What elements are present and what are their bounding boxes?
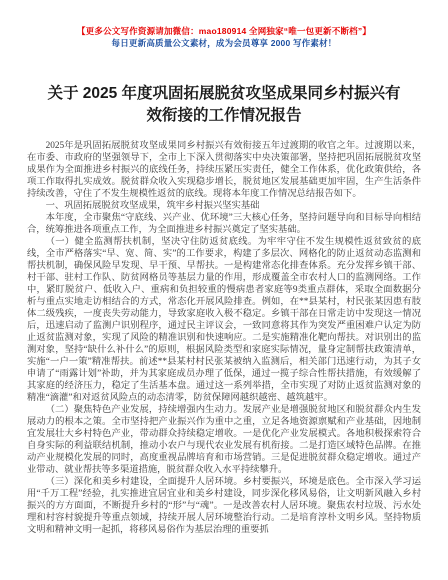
- promo-watermark-line2: 每日更新高质量公文素材，成为会员尊享 2000 写作素材！: [0, 37, 448, 49]
- intro-paragraph: 2025年是巩固拓展脱贫攻坚成果同乡村振兴有效衔接五年过渡期的收官之年。过渡期以…: [27, 140, 421, 200]
- section-1-intro-paragraph: 本年度，全市聚焦“守底线、兴产业、优环境”三大核心任务，坚持问题导向和目标导向相…: [27, 212, 421, 236]
- subsection-1-paragraph: （一）健全监测帮扶机制，坚决守住防返贫底线。为牢牢守住不发生规模性返贫致贫的底线…: [27, 236, 421, 404]
- subsection-2-paragraph: （二）聚焦特色产业发展，持续增强内生动力。发展产业是增强脱贫地区和脱贫群众内生发…: [27, 404, 421, 476]
- subsection-3-paragraph: （三）深化和美乡村建设，全面提升人居环境。乡村要振兴，环境是底色。全市深入学习运…: [27, 476, 421, 536]
- promo-watermark-line1: 【更多公文写作资源请加微信：mao180914 全网独家“唯一包更新不断档”】: [0, 25, 448, 37]
- document-page: 【更多公文写作资源请加微信：mao180914 全网独家“唯一包更新不断档”】 …: [0, 0, 448, 580]
- section-1-heading: 一、巩固拓展脱贫攻坚成果，筑牢乡村振兴坚实基础: [27, 200, 421, 212]
- document-title: 关于 2025 年度巩固拓展脱贫攻坚成果同乡村振兴有效衔接的工作情况报告: [44, 83, 404, 127]
- promo-header: 【更多公文写作资源请加微信：mao180914 全网独家“唯一包更新不断档”】 …: [0, 0, 448, 49]
- document-body: 2025年是巩固拓展脱贫攻坚成果同乡村振兴有效衔接五年过渡期的收官之年。过渡期以…: [27, 140, 421, 536]
